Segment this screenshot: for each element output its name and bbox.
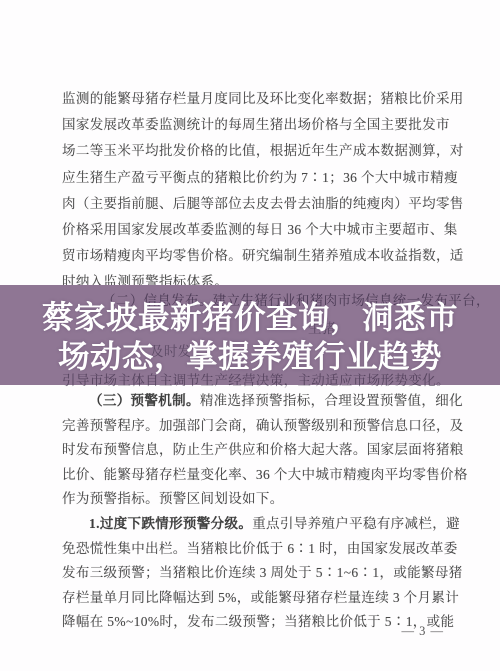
text-line: 场二等玉米平均批发价格的比值，根据近年生产成本数据测算，对 <box>62 138 444 164</box>
text-line: 比价、能繁母猪存栏量变化率、36 个大中城市精瘦肉平均零售价格 <box>62 463 444 488</box>
text-line: 完善预警程序。加强部门会商，确认预警级别和预警信息口径，及 <box>62 414 444 439</box>
text-line-bold-lead: （三）预警机制。 <box>89 393 200 408</box>
text-line: 贸市场精瘦肉平均零售价格。研究编制生猪养殖成本收益指数，适 <box>62 243 444 269</box>
page-number: — 3 — <box>62 624 444 639</box>
text-line: 1.过度下跌情形预警分级。重点引导养殖户平稳有序减栏，避 <box>62 512 444 537</box>
text-line: 价格采用国家发展改革委监测的每日 36 个大中城市主要超市、集 <box>62 217 444 243</box>
overlay-title: 蔡家坡最新猪价查询，洞悉市 场动态，掌握养殖行业趋势 <box>0 298 500 376</box>
overlay-banner: （二）信息发布。建立生猪行业和猪肉市场信息统一发布平台， 生猪 及时发 引导市场… <box>0 285 500 385</box>
text-line-bold-lead: 1.过度下跌情形预警分级。 <box>89 516 252 531</box>
paragraph-block-bottom: （三）预警机制。精准选择预警指标，合理设置预警值，细化完善预警程序。加强部门会商… <box>62 389 444 635</box>
text-line: 存栏量单月同比降幅达到 5%，或能繁母猪存栏量连续 3 个月累计 <box>62 586 444 611</box>
overlay-title-line1: 蔡家坡最新猪价查询，洞悉市 <box>0 298 500 337</box>
text-line: 应生猪生产盈亏平衡点的猪粮比价约为 7∶1；36 个大中城市精瘦 <box>62 165 444 191</box>
text-line: 免恐慌性集中出栏。当猪粮比价低于 6∶1 时，由国家发展改革委 <box>62 537 444 562</box>
overlay-title-line2: 场动态，掌握养殖行业趋势 <box>0 337 500 376</box>
text-line: 时发布预警信息，防止生产供应和价格大起大落。国家层面将猪粮 <box>62 438 444 463</box>
paragraph-block-top: 监测的能繁母猪存栏量月度同比及环比变化率数据；猪粮比价采用国家发展改革委监测统计… <box>62 86 444 296</box>
document-page: 监测的能繁母猪存栏量月度同比及环比变化率数据；猪粮比价采用国家发展改革委监测统计… <box>0 0 500 671</box>
text-line: 国家发展改革委监测统计的每周生猪出场价格与全国主要批发市 <box>62 112 444 138</box>
text-line: （三）预警机制。精准选择预警指标，合理设置预警值，细化 <box>62 389 444 414</box>
text-line: 发布三级预警；当猪粮比价连续 3 周处于 5∶1~6∶1，或能繁母猪 <box>62 561 444 586</box>
text-line: 监测的能繁母猪存栏量月度同比及环比变化率数据；猪粮比价采用 <box>62 86 444 112</box>
text-line: 作为预警指标。预警区间划设如下。 <box>62 487 444 512</box>
text-line: 肉（主要指前腿、后腿等部位去皮去骨去油脂的纯瘦肉）平均零售 <box>62 191 444 217</box>
